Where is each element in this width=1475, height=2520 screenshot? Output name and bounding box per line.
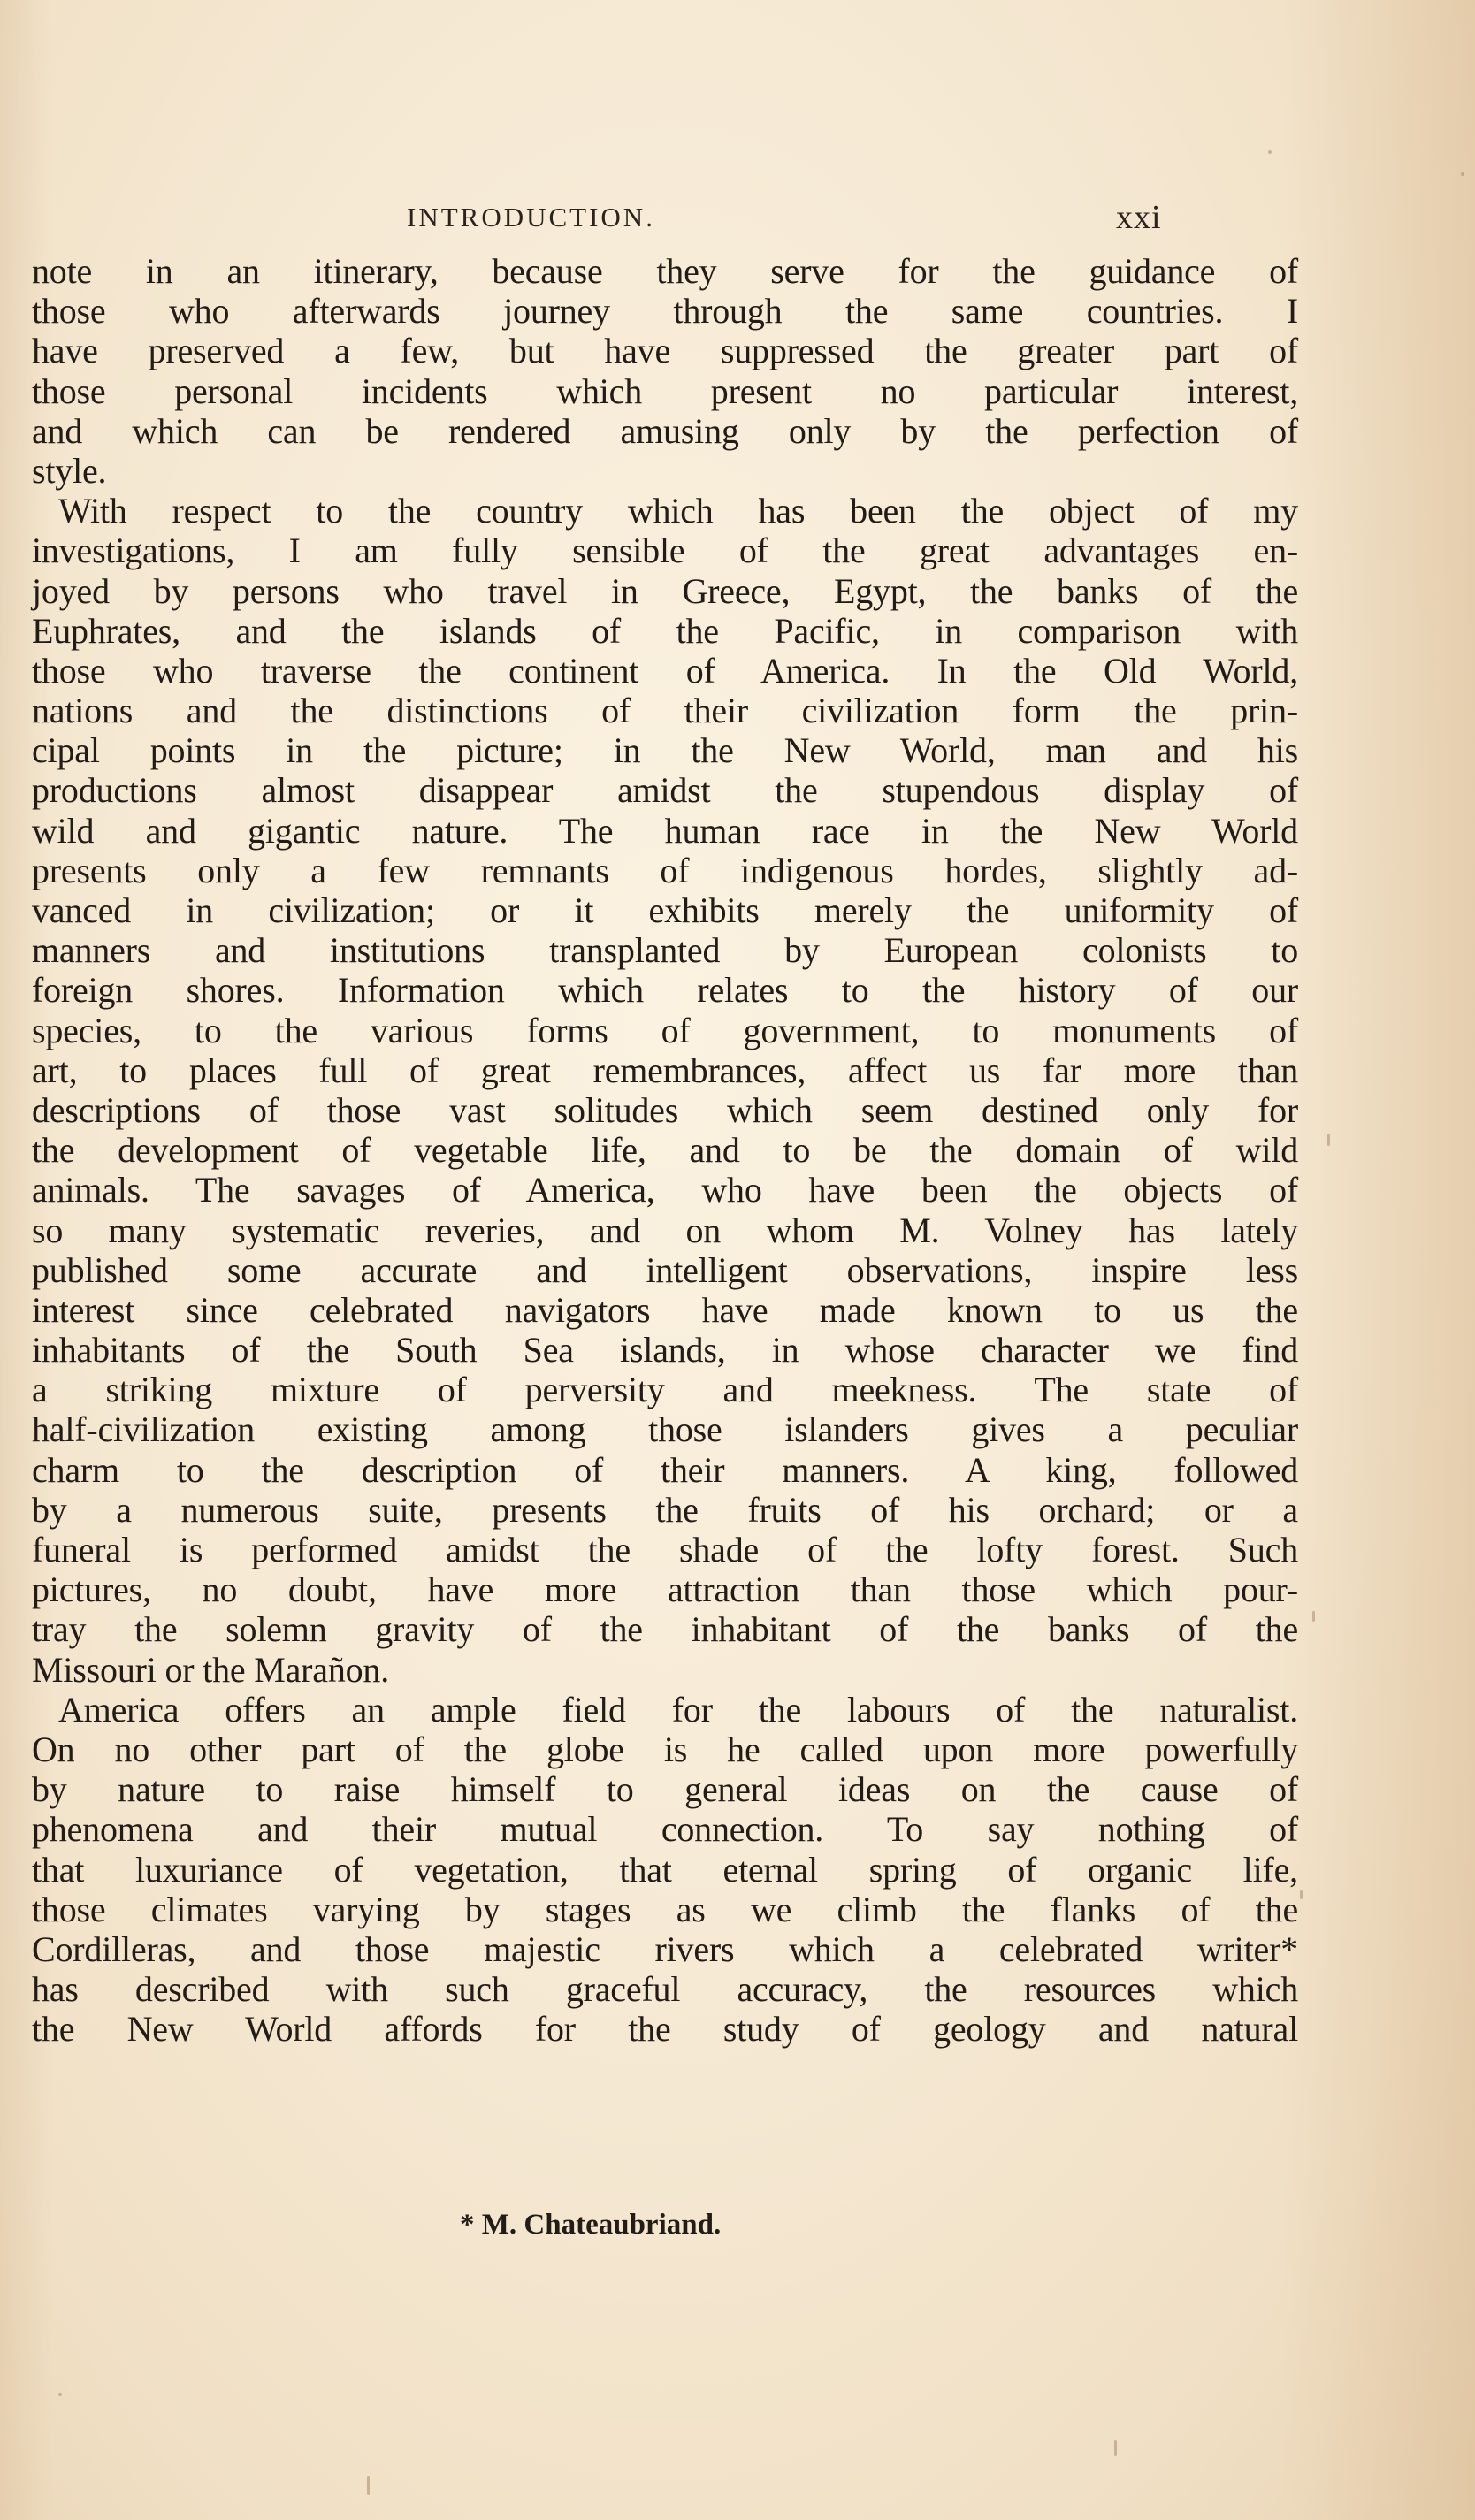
text-line: published some accurate and intelligent … bbox=[32, 1250, 1298, 1290]
text-line: productions almost disappear amidst the … bbox=[32, 770, 1298, 810]
text-line: nations and the distinctions of their ci… bbox=[32, 691, 1298, 730]
text-line: those who traverse the continent of Amer… bbox=[32, 651, 1298, 691]
text-line: interest since celebrated navigators hav… bbox=[32, 1290, 1298, 1330]
book-page: INTRODUCTION. xxi note in an itinerary, … bbox=[0, 0, 1475, 2520]
text-line: those who afterwards journey through the… bbox=[32, 291, 1298, 331]
paper-speck bbox=[1312, 1611, 1315, 1622]
text-line: animals. The savages of America, who hav… bbox=[32, 1170, 1298, 1210]
footnote: * M. Chateaubriand. bbox=[0, 2209, 1475, 2253]
text-line: inhabitants of the South Sea islands, in… bbox=[32, 1330, 1298, 1370]
paper-speck bbox=[367, 2476, 370, 2495]
text-line: cipal points in the picture; in the New … bbox=[32, 730, 1298, 770]
running-title: INTRODUCTION. bbox=[407, 202, 655, 233]
text-line: have preserved a few, but have suppresse… bbox=[32, 331, 1298, 370]
text-line: joyed by persons who travel in Greece, E… bbox=[32, 571, 1298, 611]
text-line: funeral is performed amidst the shade of… bbox=[32, 1530, 1298, 1569]
running-head: INTRODUCTION. xxi bbox=[0, 202, 1475, 246]
text-line: note in an itinerary, because they serve… bbox=[32, 251, 1298, 291]
text-line: Cordilleras, and those majestic rivers w… bbox=[32, 1929, 1298, 1969]
text-line: Missouri or the Marañon. bbox=[32, 1650, 1298, 1690]
page-shadow-right bbox=[1280, 0, 1475, 2520]
text-line: by a numerous suite, presents the fruits… bbox=[32, 1490, 1298, 1530]
text-line: has described with such graceful accurac… bbox=[32, 1969, 1298, 2009]
text-line: that luxuriance of vegetation, that eter… bbox=[32, 1850, 1298, 1890]
text-line: pictures, no doubt, have more attraction… bbox=[32, 1569, 1298, 1609]
text-line: presents only a few remnants of indigeno… bbox=[32, 851, 1298, 890]
text-line: foreign shores. Information which relate… bbox=[32, 970, 1298, 1010]
text-line: half-civilization existing among those i… bbox=[32, 1409, 1298, 1449]
text-line: species, to the various forms of governm… bbox=[32, 1011, 1298, 1050]
text-line: a striking mixture of perversity and mee… bbox=[32, 1370, 1298, 1409]
text-line: so many systematic reveries, and on whom… bbox=[32, 1210, 1298, 1250]
text-line: descriptions of those vast solitudes whi… bbox=[32, 1090, 1298, 1130]
paper-speck bbox=[1461, 172, 1464, 176]
text-line: wild and gigantic nature. The human race… bbox=[32, 811, 1298, 851]
text-line: vanced in civilization; or it exhibits m… bbox=[32, 890, 1298, 930]
text-line: On no other part of the globe is he call… bbox=[32, 1730, 1298, 1769]
text-line: the development of vegetable life, and t… bbox=[32, 1130, 1298, 1170]
text-line: and which can be rendered amusing only b… bbox=[32, 411, 1298, 451]
text-line: investigations, I am fully sensible of t… bbox=[32, 531, 1298, 570]
paper-speck bbox=[1327, 1134, 1330, 1146]
text-line: by nature to raise himself to general id… bbox=[32, 1769, 1298, 1809]
text-line: those climates varying by stages as we c… bbox=[32, 1890, 1298, 1929]
paper-speck bbox=[58, 2393, 62, 2396]
text-line: tray the solemn gravity of the inhabitan… bbox=[32, 1609, 1298, 1649]
text-line: charm to the description of their manner… bbox=[32, 1450, 1298, 1490]
paper-speck bbox=[1268, 150, 1272, 154]
text-line: those personal incidents which present n… bbox=[32, 371, 1298, 411]
text-line: style. bbox=[32, 451, 1298, 491]
text-line: phenomena and their mutual connection. T… bbox=[32, 1809, 1298, 1849]
paper-speck bbox=[1114, 2440, 1117, 2456]
page-number: xxi bbox=[1116, 198, 1162, 237]
paragraph-start-line: With respect to the country which has be… bbox=[32, 491, 1298, 531]
text-line: art, to places full of great remembrance… bbox=[32, 1050, 1298, 1090]
body-text: note in an itinerary, because they serve… bbox=[32, 251, 1298, 2049]
paper-speck bbox=[1300, 1890, 1303, 1899]
text-line: manners and institutions transplanted by… bbox=[32, 930, 1298, 970]
text-line: the New World affords for the study of g… bbox=[32, 2009, 1298, 2049]
text-line: Euphrates, and the islands of the Pacifi… bbox=[32, 611, 1298, 651]
footnote-text: * M. Chateaubriand. bbox=[460, 2209, 721, 2241]
paragraph-start-line: America offers an ample field for the la… bbox=[32, 1690, 1298, 1730]
